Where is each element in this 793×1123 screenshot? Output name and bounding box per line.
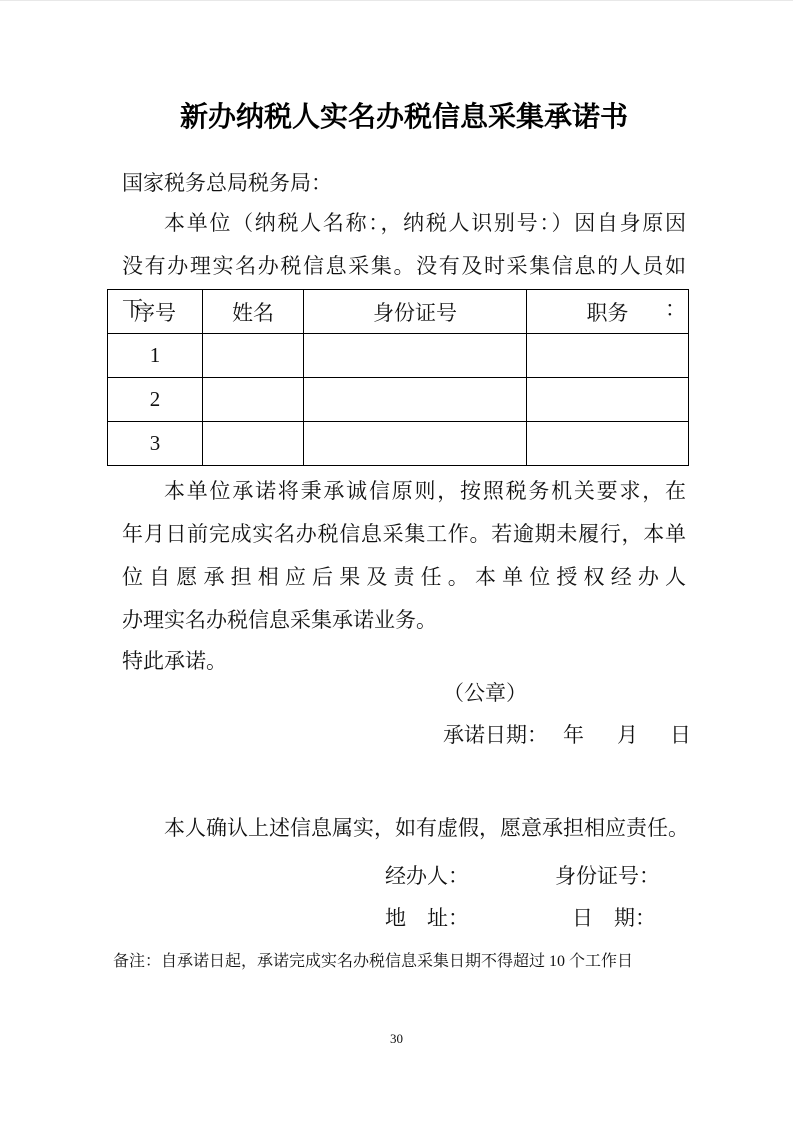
name-cell	[203, 334, 304, 378]
position-cell	[527, 422, 689, 466]
column-header-id-number: 身份证号	[304, 290, 527, 334]
agent-label: 经办人：	[385, 855, 555, 898]
month-label: 月	[617, 714, 670, 757]
row-number-cell: 2	[108, 378, 203, 422]
signature-row-address: 地 址：日 期：	[385, 897, 656, 940]
document-page: 新办纳税人实名办税信息采集承诺书 国家税务总局税务局： 本单位（纳税人名称：，纳…	[0, 0, 793, 1123]
day-label: 日	[670, 723, 691, 747]
table-header-row: 序号 姓名 身份证号 职务	[108, 290, 689, 334]
paragraph-line: 位自愿承担相应后果及责任。本单位授权经办人	[122, 556, 686, 599]
paragraph-line: 本单位承诺将秉承诚信原则，按照税务机关要求，在	[122, 470, 686, 513]
id-number-cell	[304, 334, 527, 378]
id-label: 身份证号：	[555, 864, 660, 888]
promise-date-line: 承诺日期：年月日	[443, 714, 691, 757]
row-number-cell: 3	[108, 422, 203, 466]
promise-date-label: 承诺日期：	[443, 714, 563, 757]
document-title: 新办纳税人实名办税信息采集承诺书	[122, 95, 686, 139]
table-row: 3	[108, 422, 689, 466]
confirmation-line: 本人确认上述信息属实，如有虚假，愿意承担相应责任。	[122, 807, 697, 850]
signature-row-agent: 经办人：身份证号：	[385, 855, 660, 898]
paragraph-line: 本单位（纳税人名称：，纳税人识别号：）因自身原因	[122, 202, 686, 245]
table-row: 1	[108, 334, 689, 378]
position-cell	[527, 378, 689, 422]
salutation-line: 国家税务总局税务局：	[122, 168, 332, 198]
paragraph-line: 办理实名办税信息采集承诺业务。	[122, 599, 686, 642]
commitment-paragraph: 本单位承诺将秉承诚信原则，按照税务机关要求，在 年月日前完成实名办税信息采集工作…	[122, 470, 686, 642]
sign-date-label: 日 期：	[572, 906, 656, 930]
note-line: 备注：自承诺日起，承诺完成实名办税信息采集日期不得超过 10 个工作日	[113, 949, 633, 975]
paragraph-line: 年月日前完成实名办税信息采集工作。若逾期未履行，本单	[122, 513, 686, 556]
name-cell	[203, 378, 304, 422]
column-header-position: 职务	[527, 290, 689, 334]
seal-placeholder: （公章）	[443, 672, 527, 715]
column-header-name: 姓名	[203, 290, 304, 334]
column-header-seq: 序号	[108, 290, 203, 334]
position-cell	[527, 334, 689, 378]
year-label: 年	[563, 714, 617, 757]
closing-line: 特此承诺。	[122, 640, 227, 683]
row-number-cell: 1	[108, 334, 203, 378]
page-number: 30	[0, 1029, 793, 1049]
name-cell	[203, 422, 304, 466]
id-number-cell	[304, 422, 527, 466]
table-row: 2	[108, 378, 689, 422]
id-number-cell	[304, 378, 527, 422]
address-label: 地 址：	[385, 897, 572, 940]
personnel-table: 序号 姓名 身份证号 职务 1 2 3	[107, 289, 689, 466]
